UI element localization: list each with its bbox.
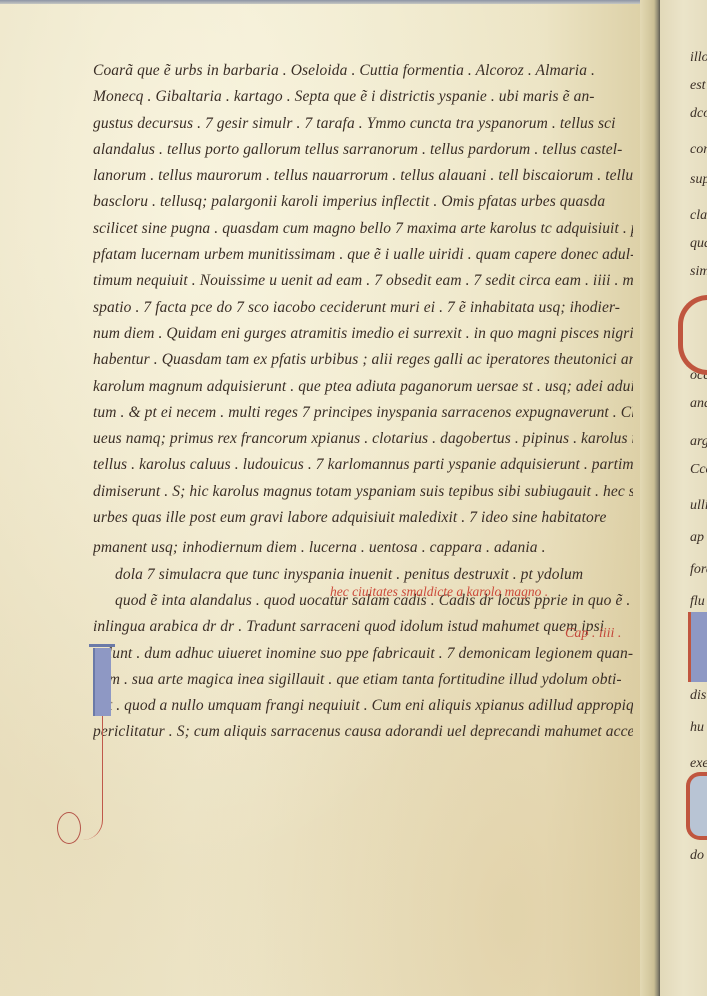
facing-fragment: sim — [690, 264, 707, 280]
text-line: pfatam lucernam urbem munitissimam . que… — [93, 242, 633, 268]
facing-fragment: sup — [690, 172, 707, 188]
text-line: dimiserunt . S; hic karolus magnus totam… — [93, 479, 633, 505]
facing-fragment: do — [690, 848, 704, 864]
facing-fragment: dco — [690, 106, 707, 122]
text-line: karolum magnum adquisierunt . que ptea a… — [93, 374, 633, 400]
text-line: Monecq . Gibaltaria . kartago . Septa qu… — [93, 84, 633, 110]
facing-fragment: est — [690, 78, 706, 94]
chapter-label: Cap . iiii . — [565, 626, 621, 642]
text-line: bascloru . tellusq; palargonii karoli im… — [93, 189, 633, 215]
grotesque-face-icon — [57, 812, 81, 844]
text-line: pmanent usq; inhodiernum diem . lucerna … — [93, 535, 633, 561]
facing-fragment: qua — [690, 236, 707, 252]
main-text-block: Coarã que ẽ urbs in barbaria . Oseloida … — [93, 58, 633, 746]
facing-fragment: illo — [690, 50, 707, 66]
decorated-initial-i — [93, 648, 111, 716]
facing-fragment: arg — [690, 434, 707, 450]
facing-fragment: ana — [690, 396, 707, 412]
text-line: scilicet sine pugna . quasdam cum magno … — [93, 216, 633, 242]
text-line: timum nequiuit . Nouissime u uenit ad ea… — [93, 268, 633, 294]
text-line: lanorum . tellus maurorum . tellus nauar… — [93, 163, 633, 189]
chapter-line: net . quod a nullo umquam frangi nequiui… — [93, 693, 633, 719]
text-line: tellus . karolus caluus . ludouicus . 7 … — [93, 452, 633, 478]
rubric-heading: hec ciuitates smaldicte a karolo magno . — [330, 584, 548, 600]
facing-fragment: ap — [690, 530, 704, 546]
chapter-line: dam . sua arte magica inea sigillauit . … — [93, 667, 633, 693]
facing-initial-blue — [688, 612, 707, 682]
facing-fragment: fore — [690, 562, 707, 578]
text-line: habentur . Quasdam tam ex pfatis urbibus… — [93, 347, 633, 373]
chapter-line: inlingua arabica dr dr . Tradunt sarrace… — [93, 614, 633, 640]
text-line: alandalus . tellus porto gallorum tellus… — [93, 137, 633, 163]
chapter-line: colunt . dum adhuc uiueret inomine suo p… — [93, 641, 633, 667]
page-gutter — [640, 0, 660, 996]
facing-fragment: Ccc — [690, 462, 707, 478]
facing-fragment: ulli — [690, 498, 707, 514]
facing-initial-s — [686, 772, 707, 840]
text-line: Coarã que ẽ urbs in barbaria . Oseloida … — [93, 58, 633, 84]
facing-fragment: clari — [690, 208, 707, 224]
text-line: num diem . Quidam eni gurges atramitis i… — [93, 321, 633, 347]
facing-fragment: hu — [690, 720, 704, 736]
text-line: spatio . 7 facta pce do 7 sco iacobo cec… — [93, 295, 633, 321]
text-line: gustus decursus . 7 gesir simulr . 7 tar… — [93, 111, 633, 137]
facing-fragment: con — [690, 142, 707, 158]
text-line: urbes quas ille post eum gravi labore ad… — [93, 505, 633, 531]
facing-fragment: exe — [690, 756, 707, 772]
text-line: ueus namq; primus rex francorum xpianus … — [93, 426, 633, 452]
chapter-line: periclitatur . S; cum aliquis sarracenus… — [93, 719, 633, 745]
facing-fragment: dis — [690, 688, 706, 704]
text-line: tum . & pt ei necem . multi reges 7 prin… — [93, 400, 633, 426]
facing-fragment: flu — [690, 594, 705, 610]
